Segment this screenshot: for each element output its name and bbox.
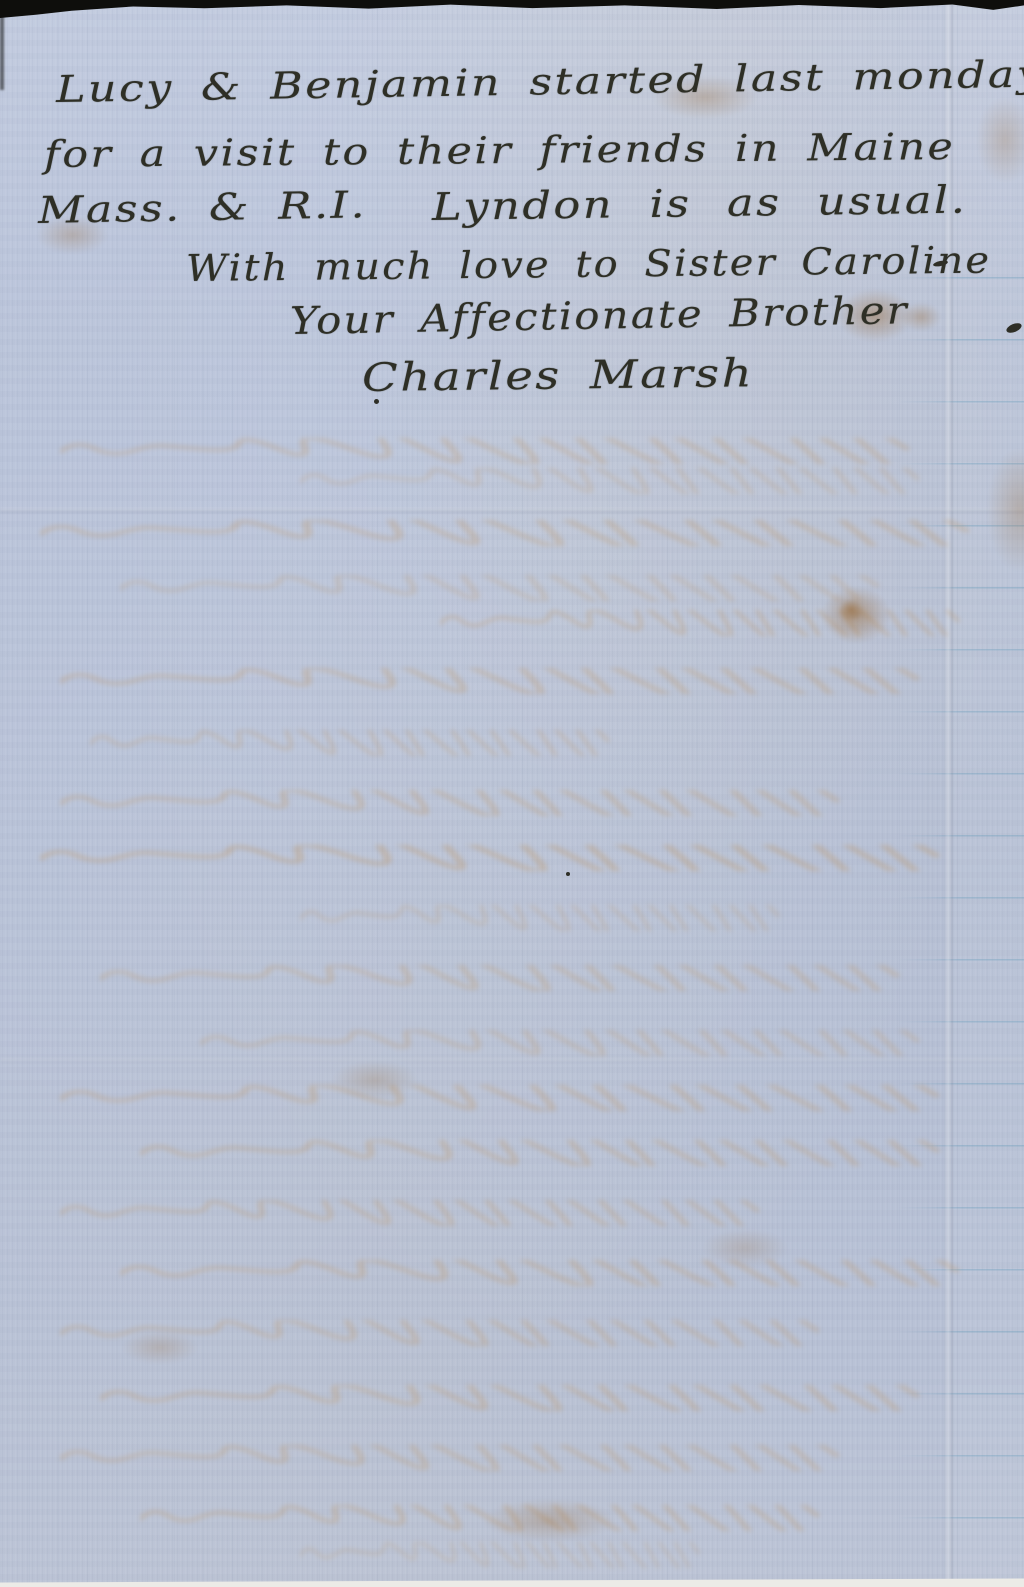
ghost-text-row xyxy=(100,965,900,991)
foxing-stain xyxy=(700,1228,790,1268)
foxing-stain xyxy=(820,585,892,645)
ghost-text-row xyxy=(200,1030,920,1056)
paper-laid-texture xyxy=(0,0,1024,1587)
ghost-text-row xyxy=(60,1445,840,1471)
ghost-text-row xyxy=(140,1505,820,1531)
letter-page: Lucy & Benjamin started last monday for … xyxy=(0,0,1024,1587)
foxing-stain xyxy=(330,1060,420,1100)
ghost-text-row xyxy=(120,1260,960,1286)
letter-line-2: for a visit to their friends in Maine xyxy=(44,125,956,176)
ghost-text-row xyxy=(90,730,610,756)
ink-speck xyxy=(566,872,570,876)
foxing-stain xyxy=(480,1498,620,1543)
horizontal-crease xyxy=(0,1058,1024,1063)
horizontal-crease xyxy=(0,508,1024,513)
letter-closing-line: With much love to Sister Caroline xyxy=(186,239,992,290)
ghost-text-row xyxy=(40,520,970,546)
ghost-text-row xyxy=(60,438,910,464)
ghost-text-row xyxy=(440,610,960,636)
ghost-text-row xyxy=(60,668,920,694)
ghost-text-row xyxy=(100,1385,920,1411)
foxing-stain xyxy=(120,1330,200,1365)
ghost-text-row xyxy=(140,1140,940,1166)
scan-edge-bottom xyxy=(0,1577,1024,1587)
letter-line-3-right: Lyndon is as usual. xyxy=(432,178,968,229)
letter-scan: Lucy & Benjamin started last monday for … xyxy=(0,0,1024,1587)
ghost-text-row xyxy=(40,845,940,871)
ghost-text-row xyxy=(300,468,920,494)
letter-line-3-left: Mass. & R.I. xyxy=(38,183,368,232)
ghost-text-row xyxy=(60,1320,820,1346)
letter-line-1: Lucy & Benjamin started last monday xyxy=(56,52,1024,111)
scan-edge-top xyxy=(0,0,1024,18)
ghost-text-row xyxy=(60,1085,940,1111)
ghost-text-row xyxy=(120,575,880,601)
signature: Charles Marsh xyxy=(362,351,755,401)
scan-edge-left xyxy=(0,0,4,90)
ghost-text-row xyxy=(60,790,840,816)
ghost-text-row xyxy=(60,1200,760,1226)
ghost-text-row xyxy=(300,1542,700,1568)
foxing-stain xyxy=(838,598,864,622)
paper-mottle-texture xyxy=(0,0,1024,1587)
ghost-text-row xyxy=(300,905,780,931)
letter-valediction: Your Affectionate Brother xyxy=(290,288,910,343)
